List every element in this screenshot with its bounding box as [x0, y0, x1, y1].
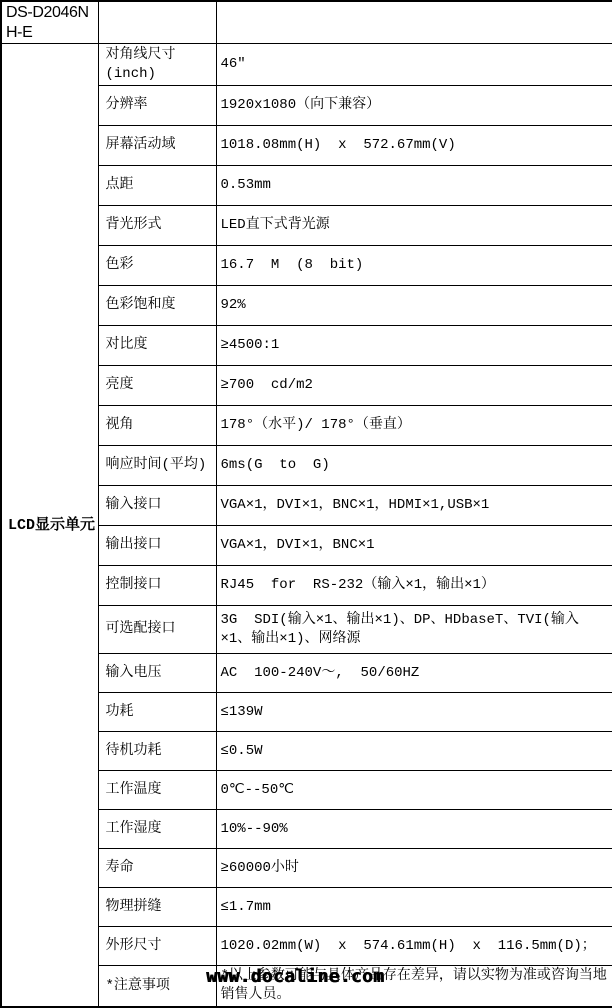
spec-label: 输出接口	[98, 526, 216, 566]
spec-value: RJ45 for RS-232（输入×1，输出×1）	[216, 566, 612, 606]
spec-label: 寿命	[98, 849, 216, 888]
spec-label: 工作温度	[98, 771, 216, 810]
spec-value: 46″	[216, 44, 612, 86]
spec-label: 外形尺寸	[98, 927, 216, 966]
spec-label: 输入电压	[98, 654, 216, 693]
spec-value: 1920x1080（向下兼容）	[216, 86, 612, 126]
spec-label: 对比度	[98, 326, 216, 366]
spec-value: 178°（水平)/ 178°（垂直）	[216, 406, 612, 446]
spec-value: 16.7 M (8 bit)	[216, 246, 612, 286]
spec-label: 功耗	[98, 693, 216, 732]
spec-label: 工作湿度	[98, 810, 216, 849]
spec-label: 对角线尺寸(inch)	[98, 44, 216, 86]
spec-label: 视角	[98, 406, 216, 446]
spec-label: 色彩饱和度	[98, 286, 216, 326]
spec-table: DS-D2046NH-E LCD显示单元 对角线尺寸(inch) 46″ 分辨率…	[0, 0, 612, 1008]
spec-value: 0.53mm	[216, 166, 612, 206]
spec-value: VGA×1，DVI×1，BNC×1，HDMI×1,USB×1	[216, 486, 612, 526]
spec-value: 6ms(G to G)	[216, 446, 612, 486]
spec-value: ≤1.7mm	[216, 888, 612, 927]
spec-value: ≥60000小时	[216, 849, 612, 888]
spec-value: ≥700 cd/m2	[216, 366, 612, 406]
row-diagonal-size: LCD显示单元 对角线尺寸(inch) 46″	[1, 44, 612, 86]
spec-value: AC 100-240V～, 50/60HZ	[216, 654, 612, 693]
spec-value: ≤139W	[216, 693, 612, 732]
spec-value: ≤0.5W	[216, 732, 612, 771]
header-empty-right-cell	[216, 1, 612, 44]
spec-label: 背光形式	[98, 206, 216, 246]
spec-value: 1018.08mm(H) x 572.67mm(V)	[216, 126, 612, 166]
spec-value: LED直下式背光源	[216, 206, 612, 246]
table-header-row: DS-D2046NH-E	[1, 1, 612, 44]
header-empty-middle-cell	[98, 1, 216, 44]
spec-label: 控制接口	[98, 566, 216, 606]
spec-label: 输入接口	[98, 486, 216, 526]
spec-value: 1020.02mm(W) x 574.61mm(H) x 116.5mm(D)；	[216, 927, 612, 966]
model-number: DS-D2046NH-E	[1, 1, 98, 44]
spec-label: 可选配接口	[98, 606, 216, 654]
spec-value: 10%--90%	[216, 810, 612, 849]
spec-label: 待机功耗	[98, 732, 216, 771]
spec-value: VGA×1，DVI×1，BNC×1	[216, 526, 612, 566]
spec-value: 3G SDI(输入×1、输出×1)、DP、HDbaseT、TVI(输入×1、输出…	[216, 606, 612, 654]
spec-label: 色彩	[98, 246, 216, 286]
spec-label: 响应时间(平均)	[98, 446, 216, 486]
spec-value: 0℃--50℃	[216, 771, 612, 810]
spec-label: 物理拼缝	[98, 888, 216, 927]
spec-value: ≥4500:1	[216, 326, 612, 366]
spec-label: 分辨率	[98, 86, 216, 126]
spec-sheet-page: DS-D2046NH-E LCD显示单元 对角线尺寸(inch) 46″ 分辨率…	[0, 0, 612, 1001]
spec-label: 亮度	[98, 366, 216, 406]
spec-label: 点距	[98, 166, 216, 206]
spec-label: 屏幕活动域	[98, 126, 216, 166]
spec-value: 92%	[216, 286, 612, 326]
section-label-cell: LCD显示单元	[1, 44, 98, 1008]
